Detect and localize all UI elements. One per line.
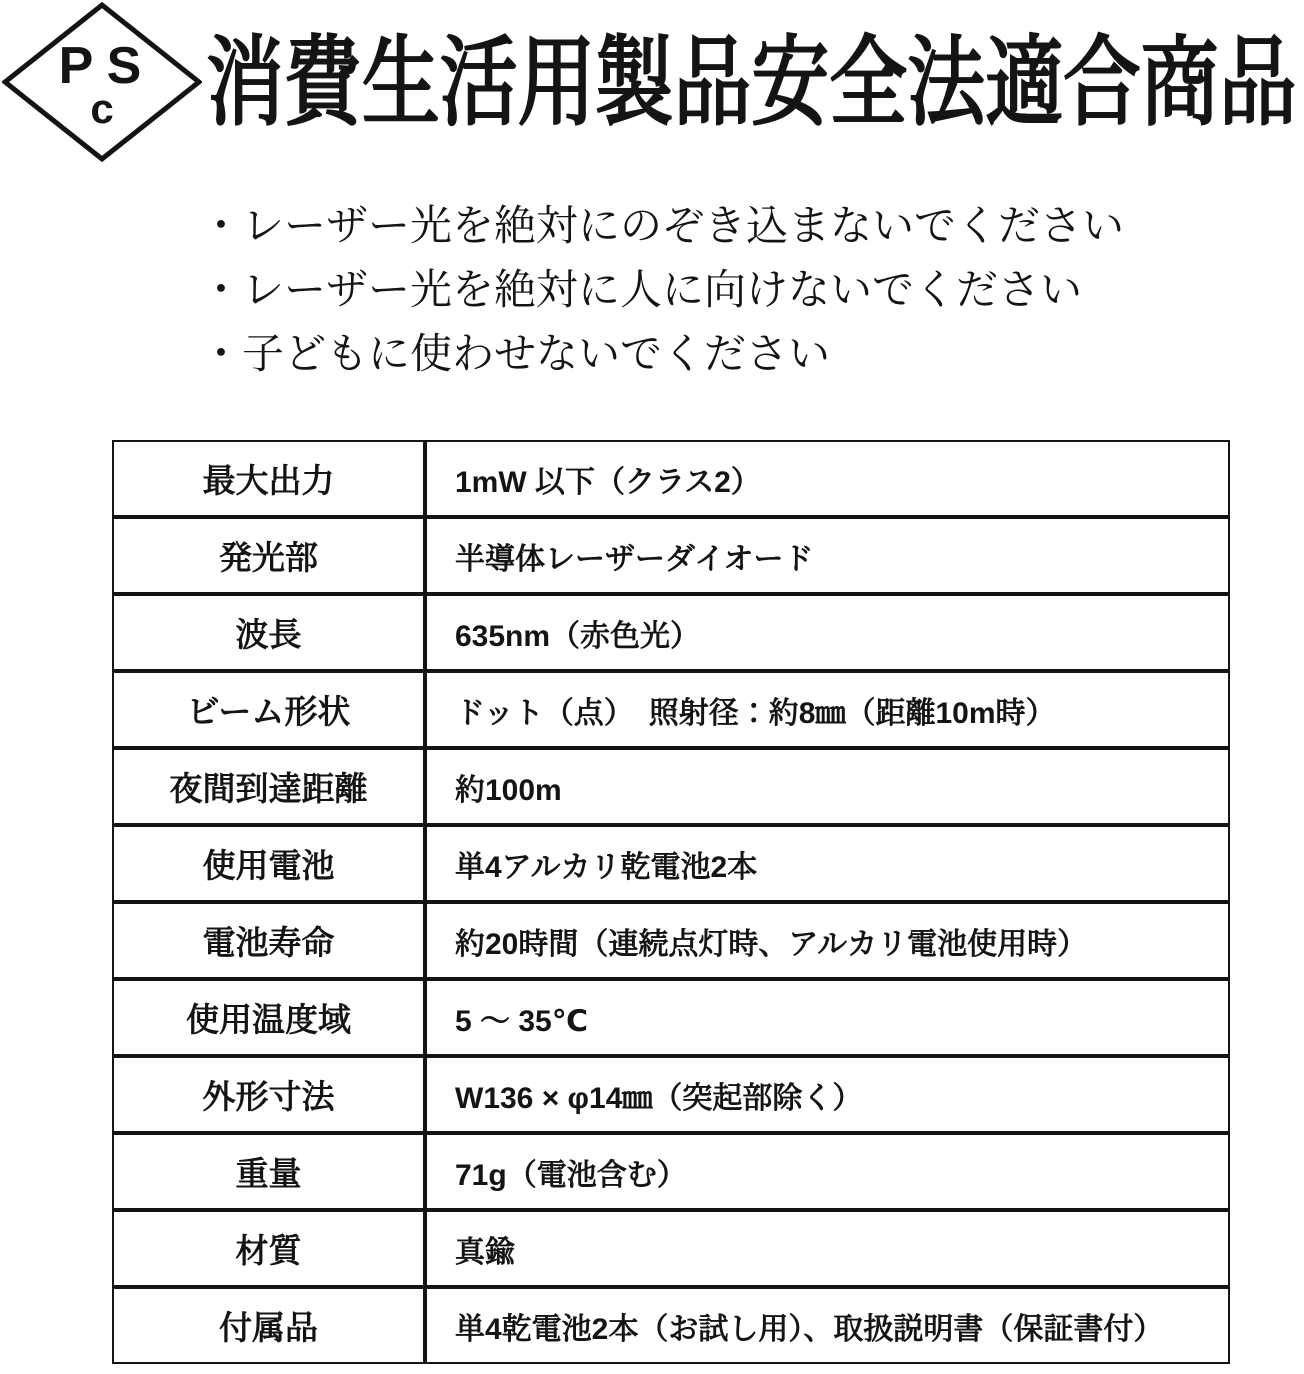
spec-value: 単4乾電池2本（お試し用）、取扱説明書（保証書付） xyxy=(425,1287,1230,1364)
warning-text: レーザー光を絶対に人に向けないでください xyxy=(242,257,1082,317)
spec-row: 使用電池単4アルカリ乾電池2本 xyxy=(112,825,1230,902)
spec-row: 使用温度域5 ～ 35℃ xyxy=(112,979,1230,1056)
spec-label: 電池寿命 xyxy=(112,902,425,979)
bullet-dot-icon: ・ xyxy=(200,193,242,253)
spec-value: 単4アルカリ乾電池2本 xyxy=(425,825,1230,902)
spec-row: 外形寸法W136 × φ14㎜（突起部除く） xyxy=(112,1056,1230,1133)
spec-value: ドット（点） 照射径：約8㎜（距離10m時） xyxy=(425,671,1230,748)
bullet-dot-icon: ・ xyxy=(200,321,242,381)
spec-row: ビーム形状ドット（点） 照射径：約8㎜（距離10m時） xyxy=(112,671,1230,748)
spec-value: 半導体レーザーダイオード xyxy=(425,517,1230,594)
spec-value: 5 ～ 35℃ xyxy=(425,979,1230,1056)
spec-row: 重量71g（電池含む） xyxy=(112,1133,1230,1210)
warning-text: レーザー光を絶対にのぞき込まないでください xyxy=(242,193,1124,253)
spec-label: 材質 xyxy=(112,1210,425,1287)
spec-label: 波長 xyxy=(112,594,425,671)
warning-list: ・レーザー光を絶対にのぞき込まないでください・レーザー光を絶対に人に向けないでく… xyxy=(200,191,1124,383)
spec-value: W136 × φ14㎜（突起部除く） xyxy=(425,1056,1230,1133)
page-title: 消費生活用製品安全法適合商品 xyxy=(206,32,1297,132)
bullet-dot-icon: ・ xyxy=(200,257,242,317)
spec-value: 約20時間（連続点灯時、アルカリ電池使用時） xyxy=(425,902,1230,979)
spec-row: 最大出力1mW 以下（クラス2） xyxy=(112,440,1230,517)
spec-value: 約100m xyxy=(425,748,1230,825)
spec-label: 使用電池 xyxy=(112,825,425,902)
spec-value: 71g（電池含む） xyxy=(425,1133,1230,1210)
warning-item: ・子どもに使わせないでください xyxy=(200,319,1124,383)
psc-diamond-outline xyxy=(5,5,199,159)
spec-value: 真鍮 xyxy=(425,1210,1230,1287)
spec-value: 1mW 以下（クラス2） xyxy=(425,440,1230,517)
psc-letter-c: c xyxy=(90,85,113,132)
spec-table-body: 最大出力1mW 以下（クラス2）発光部半導体レーザーダイオード波長635nm（赤… xyxy=(112,440,1230,1364)
spec-row: 波長635nm（赤色光） xyxy=(112,594,1230,671)
spec-label: 発光部 xyxy=(112,517,425,594)
warning-item: ・レーザー光を絶対に人に向けないでください xyxy=(200,255,1124,319)
spec-row: 発光部半導体レーザーダイオード xyxy=(112,517,1230,594)
spec-row: 夜間到達距離約100m xyxy=(112,748,1230,825)
spec-label: 外形寸法 xyxy=(112,1056,425,1133)
spec-row: 付属品単4乾電池2本（お試し用）、取扱説明書（保証書付） xyxy=(112,1287,1230,1364)
spec-label: 最大出力 xyxy=(112,440,425,517)
spec-row: 電池寿命約20時間（連続点灯時、アルカリ電池使用時） xyxy=(112,902,1230,979)
spec-label: 夜間到達距離 xyxy=(112,748,425,825)
spec-label: ビーム形状 xyxy=(112,671,425,748)
psc-mark-icon: P S c xyxy=(2,2,202,162)
spec-table: 最大出力1mW 以下（クラス2）発光部半導体レーザーダイオード波長635nm（赤… xyxy=(112,440,1230,1364)
spec-label: 重量 xyxy=(112,1133,425,1210)
warning-text: 子どもに使わせないでください xyxy=(242,321,830,381)
spec-row: 材質真鍮 xyxy=(112,1210,1230,1287)
spec-value: 635nm（赤色光） xyxy=(425,594,1230,671)
spec-label: 付属品 xyxy=(112,1287,425,1364)
spec-label: 使用温度域 xyxy=(112,979,425,1056)
product-safety-sheet: P S c 消費生活用製品安全法適合商品 ・レーザー光を絶対にのぞき込まないでく… xyxy=(0,0,1304,1374)
psc-letter-p: P xyxy=(59,37,94,95)
warning-item: ・レーザー光を絶対にのぞき込まないでください xyxy=(200,191,1124,255)
